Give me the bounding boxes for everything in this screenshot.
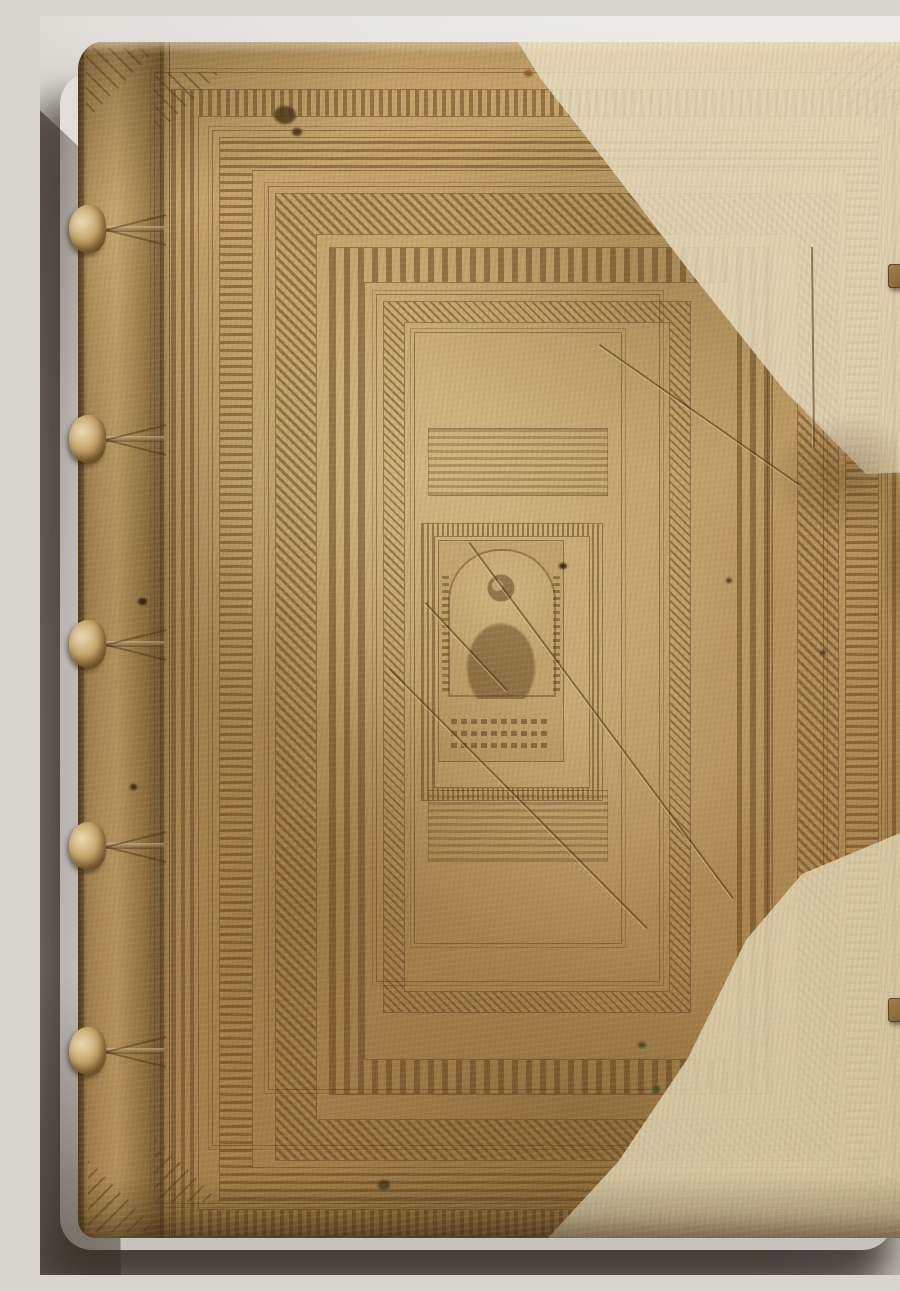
cover-clip [78,42,900,1238]
stain-spot [292,128,302,136]
vellum-grain-texture [78,42,900,1238]
raised-band [69,415,106,463]
raised-band [69,1027,106,1075]
stain-spot [130,784,137,790]
stain-spot [274,106,296,124]
book-photograph: photograph [40,16,900,1275]
stain-spot [820,650,826,655]
stain-spot [726,578,732,583]
book-front-cover [78,42,900,1238]
raised-band [69,822,106,870]
stain-spot [378,1180,390,1190]
stain-spot [653,1086,660,1092]
raised-band [69,620,106,668]
clasp-remnant [888,264,900,288]
clasp-remnant [888,998,900,1022]
raised-band [69,205,106,253]
